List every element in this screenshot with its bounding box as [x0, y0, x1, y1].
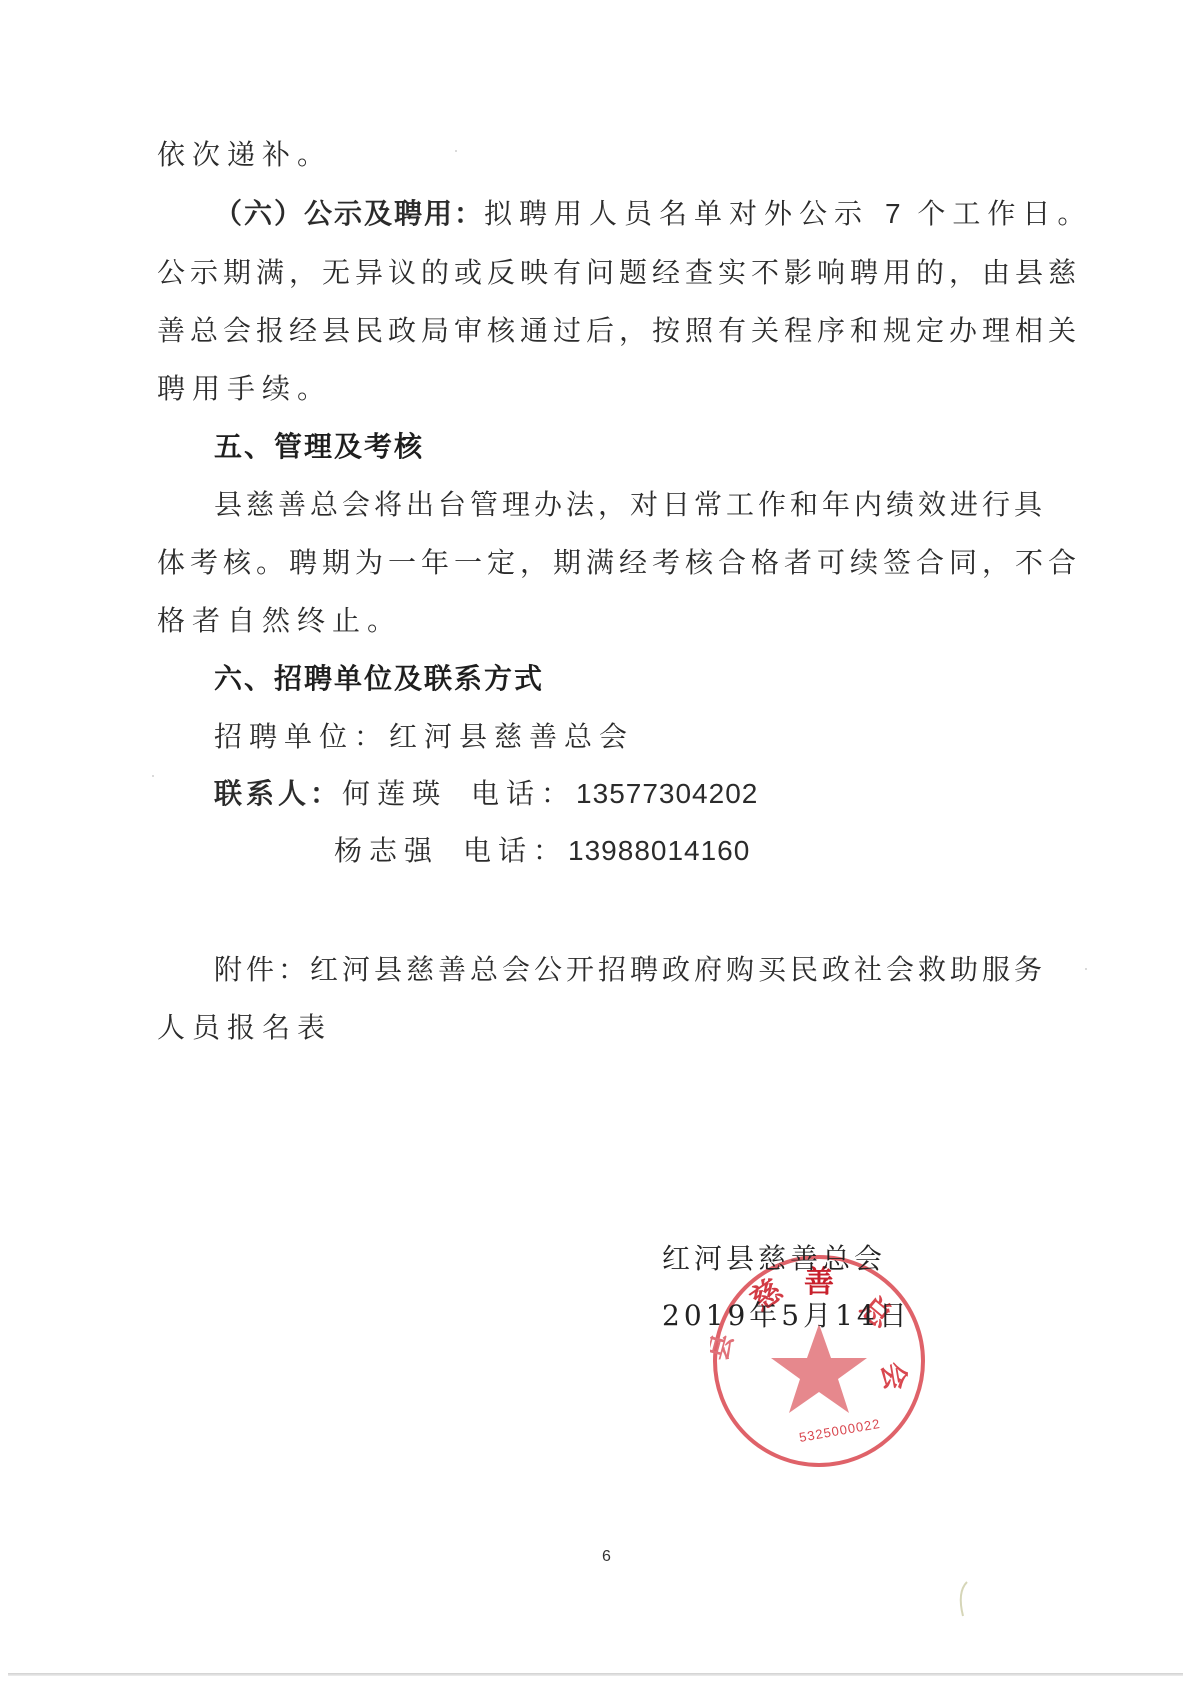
phone-number: 13577304202 [576, 778, 758, 809]
signature-date: 2019年5月14日 [662, 1299, 911, 1333]
paragraph-text: 个工作日。 [917, 197, 1092, 230]
phone-label: 电话： [463, 834, 568, 867]
paragraph-line: 格者自然终止。 [157, 604, 402, 638]
contact-name: 何莲瑛 [342, 777, 447, 810]
contact-label: 联系人： [214, 777, 342, 810]
section-heading-contact: 六、招聘单位及联系方式 [214, 662, 544, 696]
phone-number: 13988014160 [568, 835, 750, 866]
paragraph-line: 体考核。聘期为一年一定，期满经考核合格者可续签合同，不合 [157, 546, 1081, 580]
page-bottom-edge [8, 1673, 1183, 1676]
official-seal-icon: 慈 善 总 会 县 5325000022 [710, 1252, 928, 1470]
svg-text:会: 会 [875, 1359, 912, 1392]
days-count: 7 [885, 198, 902, 229]
unit-value: 红河县慈善总会 [389, 720, 634, 753]
scan-mark-icon [955, 1580, 975, 1620]
paragraph-line: 公示期满，无异议的或反映有问题经查实不影响聘用的，由县慈 [157, 256, 1081, 290]
phone-label: 电话： [471, 777, 576, 810]
scan-speck [455, 150, 457, 152]
svg-text:5325000022: 5325000022 [798, 1416, 882, 1445]
contact-row-1: 联系人：何莲瑛电话：13577304202 [214, 777, 758, 811]
attachment-line: 附件：红河县慈善总会公开招聘政府购买民政社会救助服务 [214, 953, 1046, 987]
attachment-line: 人员报名表 [157, 1011, 332, 1045]
unit-label: 招聘单位： [214, 720, 389, 753]
page-number: 6 [602, 1548, 611, 1566]
recruiting-unit: 招聘单位：红河县慈善总会 [214, 720, 634, 754]
paragraph-line: 善总会报经县民政局审核通过后，按照有关程序和规定办理相关 [157, 314, 1081, 348]
paragraph-line: 聘用手续。 [157, 372, 332, 406]
contact-name: 杨志强 [334, 834, 439, 867]
contact-row-2: 杨志强电话：13988014160 [334, 834, 750, 868]
document-page: 依次递补。 （六）公示及聘用：拟聘用人员名单对外公示 7 个工作日。 公示期满，… [0, 0, 1190, 1684]
scan-speck [1085, 968, 1087, 970]
paragraph-line: 县慈善总会将出台管理办法，对日常工作和年内绩效进行具 [214, 488, 1046, 522]
paragraph-line: 依次递补。 [157, 138, 332, 172]
svg-text:县: 县 [710, 1331, 739, 1364]
scan-speck [152, 775, 154, 777]
section-heading-management: 五、管理及考核 [214, 430, 424, 464]
paragraph-text: 拟聘用人员名单对外公示 [484, 197, 869, 230]
subheading-publicity: （六）公示及聘用： [214, 197, 484, 230]
signature-org: 红河县慈善总会 [662, 1242, 886, 1276]
paragraph-publicity: （六）公示及聘用：拟聘用人员名单对外公示 7 个工作日。 [214, 197, 1092, 231]
